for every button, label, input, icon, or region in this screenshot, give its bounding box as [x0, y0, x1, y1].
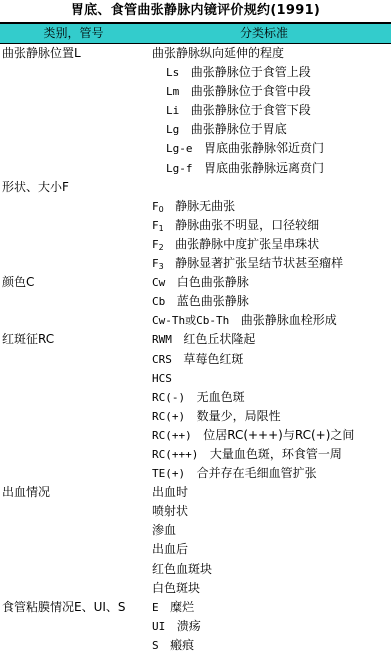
row-description: 出血时: [152, 485, 188, 499]
row-category: [0, 197, 152, 216]
row-criteria: Cw 白色曲张静脉: [152, 273, 391, 292]
table-row: Lg-f 胃底曲张静脉远离贲门: [0, 159, 391, 178]
row-category: [0, 369, 152, 388]
row-criteria: E 糜烂: [152, 598, 391, 617]
row-description: 草莓色红斑: [183, 352, 243, 366]
spacer: [165, 619, 176, 633]
spacer: [179, 84, 190, 98]
row-code: Ls: [166, 66, 179, 79]
row-category: [0, 560, 152, 579]
row-code: F: [152, 200, 159, 213]
table-row: RC(++) 位居RC(+++)与RC(+)之间: [0, 426, 391, 445]
row-code: UI: [152, 620, 165, 633]
row-description: 曲张静脉位于食管中段: [191, 84, 311, 98]
table-row: 食管粘膜情况E、UI、SE 糜烂: [0, 598, 391, 617]
row-description: 出血后: [152, 542, 188, 556]
row-description: 合并存在毛细血管扩张: [197, 466, 317, 480]
spacer: [159, 638, 170, 652]
row-description: 位居RC(+++)与RC(+)之间: [203, 428, 354, 442]
table-row: UI 溃疡: [0, 617, 391, 636]
row-criteria: Lg-f 胃底曲张静脉远离贲门: [152, 159, 391, 178]
row-category: [0, 120, 152, 139]
row-category: [0, 254, 152, 273]
row-criteria: 白色斑块: [152, 579, 391, 598]
row-criteria: F3 静脉显著扩张呈结节状甚至瘤样: [152, 254, 391, 273]
row-code: HCS: [152, 372, 172, 385]
row-criteria: RWM 红色丘状隆起: [152, 330, 391, 349]
row-category: [0, 235, 152, 254]
row-criteria: 出血时: [152, 483, 391, 502]
row-description: 胃底曲张静脉远离贲门: [204, 161, 324, 175]
row-description: 糜烂: [170, 600, 194, 614]
row-description: 数量少，局限性: [197, 409, 281, 423]
spacer: [172, 352, 183, 366]
table-row: 渗血: [0, 521, 391, 540]
row-description: 曲张静脉位于食管下段: [191, 103, 311, 117]
table-row: Lg-e 胃底曲张静脉邻近贲门: [0, 139, 391, 158]
row-criteria: Ls 曲张静脉位于食管上段: [152, 63, 391, 82]
row-code: E: [152, 601, 159, 614]
row-category: [0, 101, 152, 120]
table-row: F0 静脉无曲张: [0, 197, 391, 216]
table-row: Ls 曲张静脉位于食管上段: [0, 63, 391, 82]
row-criteria: 喷射状: [152, 502, 391, 521]
row-criteria: F2 曲张静脉中度扩张呈串珠状: [152, 235, 391, 254]
row-code: F: [152, 238, 159, 251]
table-row: F2 曲张静脉中度扩张呈串珠状: [0, 235, 391, 254]
table-row: HCS: [0, 369, 391, 388]
row-description: 大量血色斑，环食管一周: [210, 447, 342, 461]
spacer: [179, 65, 190, 79]
table-row: Lm 曲张静脉位于食管中段: [0, 82, 391, 101]
spacer: [193, 161, 204, 175]
row-description: 红色血斑块: [152, 562, 212, 576]
row-description: 曲张静脉位于胃底: [191, 122, 287, 136]
row-category: 曲张静脉位置L: [0, 44, 152, 63]
spacer: [164, 256, 175, 270]
table-row: 喷射状: [0, 502, 391, 521]
row-criteria: RC(+) 数量少，局限性: [152, 407, 391, 426]
row-category: [0, 521, 152, 540]
table-row: 曲张静脉位置L曲张静脉纵向延伸的程度: [0, 44, 391, 63]
spacer: [179, 103, 190, 117]
row-category: [0, 579, 152, 598]
row-code: Cw-Th或Cb-Th: [152, 314, 229, 327]
table-row: Cw-Th或Cb-Th 曲张静脉血栓形成: [0, 311, 391, 330]
table-row: 形状、大小F: [0, 178, 391, 197]
row-code: RC(++): [152, 429, 192, 442]
header-criteria: 分类标准: [147, 24, 391, 43]
row-criteria: Lg-e 胃底曲张静脉邻近贲门: [152, 139, 391, 158]
row-criteria: 出血后: [152, 540, 391, 559]
row-code: RC(+): [152, 410, 185, 423]
row-category: [0, 464, 152, 483]
row-criteria: TE(+) 合并存在毛细血管扩张: [152, 464, 391, 483]
table-title: 胃底、食管曲张静脉内镜评价规约(1991): [0, 0, 391, 22]
row-category: [0, 159, 152, 178]
table-row: Lg 曲张静脉位于胃底: [0, 120, 391, 139]
row-criteria: UI 溃疡: [152, 617, 391, 636]
header-category: 类别，管号: [0, 24, 147, 43]
table-row: 出血情况出血时: [0, 483, 391, 502]
row-code: Cb: [152, 295, 165, 308]
table-body: 曲张静脉位置L曲张静脉纵向延伸的程度Ls 曲张静脉位于食管上段Lm 曲张静脉位于…: [0, 44, 391, 652]
spacer: [179, 122, 190, 136]
row-description: 静脉曲张不明显，口径较细: [175, 218, 319, 232]
spacer: [165, 294, 176, 308]
row-category: [0, 292, 152, 311]
row-criteria: F1 静脉曲张不明显，口径较细: [152, 216, 391, 235]
row-code: S: [152, 639, 159, 652]
row-description: 曲张静脉中度扩张呈串珠状: [175, 237, 319, 251]
row-criteria: Cw-Th或Cb-Th 曲张静脉血栓形成: [152, 311, 391, 330]
table-row: 红斑征RCRWM 红色丘状隆起: [0, 330, 391, 349]
classification-table: 类别，管号 分类标准 曲张静脉位置L曲张静脉纵向延伸的程度Ls 曲张静脉位于食管…: [0, 22, 391, 652]
row-description: 静脉无曲张: [175, 199, 235, 213]
table-row: CRS 草莓色红斑: [0, 350, 391, 369]
row-category: [0, 63, 152, 82]
row-criteria: 曲张静脉纵向延伸的程度: [152, 44, 391, 63]
table-header: 类别，管号 分类标准: [0, 22, 391, 44]
row-criteria: HCS: [152, 369, 391, 388]
row-description: 渗血: [152, 523, 176, 537]
spacer: [165, 275, 176, 289]
row-category: [0, 502, 152, 521]
table-row: F3 静脉显著扩张呈结节状甚至瘤样: [0, 254, 391, 273]
row-code: RWM: [152, 333, 172, 346]
row-criteria: [152, 178, 391, 197]
spacer: [164, 218, 175, 232]
row-description: 无血色斑: [197, 390, 245, 404]
row-description: 白色曲张静脉: [177, 275, 249, 289]
table-row: TE(+) 合并存在毛细血管扩张: [0, 464, 391, 483]
table-row: 出血后: [0, 540, 391, 559]
table-row: S 瘢痕: [0, 636, 391, 652]
row-category: [0, 388, 152, 407]
row-category: [0, 540, 152, 559]
table-row: RC(+) 数量少，局限性: [0, 407, 391, 426]
row-code: Lm: [166, 85, 179, 98]
table-row: RC(+++) 大量血色斑，环食管一周: [0, 445, 391, 464]
table-row: Cb 蓝色曲张静脉: [0, 292, 391, 311]
row-description: 瘢痕: [170, 638, 194, 652]
row-code: F: [152, 219, 159, 232]
spacer: [193, 141, 204, 155]
row-criteria: S 瘢痕: [152, 636, 391, 652]
row-category: 出血情况: [0, 483, 152, 502]
row-category: 形状、大小F: [0, 178, 152, 197]
row-code: RC(-): [152, 391, 185, 404]
spacer: [172, 332, 183, 346]
spacer: [192, 428, 203, 442]
row-criteria: RC(-) 无血色斑: [152, 388, 391, 407]
row-description: 喷射状: [152, 504, 188, 518]
spacer: [185, 390, 196, 404]
row-description: 曲张静脉纵向延伸的程度: [152, 46, 284, 60]
spacer: [159, 600, 170, 614]
row-criteria: RC(++) 位居RC(+++)与RC(+)之间: [152, 426, 391, 445]
table-row: RC(-) 无血色斑: [0, 388, 391, 407]
row-criteria: CRS 草莓色红斑: [152, 350, 391, 369]
row-description: 红色丘状隆起: [183, 332, 255, 346]
row-category: [0, 350, 152, 369]
row-description: 曲张静脉血栓形成: [241, 313, 337, 327]
table-row: Li 曲张静脉位于食管下段: [0, 101, 391, 120]
table-row: 白色斑块: [0, 579, 391, 598]
row-criteria: F0 静脉无曲张: [152, 197, 391, 216]
row-category: [0, 617, 152, 636]
row-criteria: RC(+++) 大量血色斑，环食管一周: [152, 445, 391, 464]
row-category: [0, 82, 152, 101]
row-description: 溃疡: [177, 619, 201, 633]
row-code: Cw: [152, 276, 165, 289]
row-category: [0, 636, 152, 652]
spacer: [198, 447, 209, 461]
row-description: 静脉显著扩张呈结节状甚至瘤样: [175, 256, 343, 270]
table-row: F1 静脉曲张不明显，口径较细: [0, 216, 391, 235]
row-criteria: 渗血: [152, 521, 391, 540]
row-category: [0, 139, 152, 158]
row-category: [0, 407, 152, 426]
row-description: 曲张静脉位于食管上段: [191, 65, 311, 79]
row-category: 颜色C: [0, 273, 152, 292]
row-criteria: Li 曲张静脉位于食管下段: [152, 101, 391, 120]
row-code: Lg: [166, 123, 179, 136]
row-code: Lg-f: [166, 162, 193, 175]
row-category: 红斑征RC: [0, 330, 152, 349]
spacer: [164, 199, 175, 213]
row-criteria: Lm 曲张静脉位于食管中段: [152, 82, 391, 101]
table-row: 颜色CCw 白色曲张静脉: [0, 273, 391, 292]
row-criteria: Cb 蓝色曲张静脉: [152, 292, 391, 311]
row-category: [0, 216, 152, 235]
row-code: RC(+++): [152, 448, 198, 461]
spacer: [164, 237, 175, 251]
row-category: 食管粘膜情况E、UI、S: [0, 598, 152, 617]
row-code: Lg-e: [166, 142, 193, 155]
row-category: [0, 426, 152, 445]
row-category: [0, 311, 152, 330]
row-description: 蓝色曲张静脉: [177, 294, 249, 308]
row-criteria: 红色血斑块: [152, 560, 391, 579]
row-code: F: [152, 257, 159, 270]
row-category: [0, 445, 152, 464]
spacer: [185, 466, 196, 480]
row-code: TE(+): [152, 467, 185, 480]
spacer: [172, 371, 183, 385]
spacer: [185, 409, 196, 423]
table-row: 红色血斑块: [0, 560, 391, 579]
row-code: CRS: [152, 353, 172, 366]
row-criteria: Lg 曲张静脉位于胃底: [152, 120, 391, 139]
row-description: 白色斑块: [152, 581, 200, 595]
row-description: 胃底曲张静脉邻近贲门: [204, 141, 324, 155]
spacer: [229, 313, 240, 327]
row-code: Li: [166, 104, 179, 117]
